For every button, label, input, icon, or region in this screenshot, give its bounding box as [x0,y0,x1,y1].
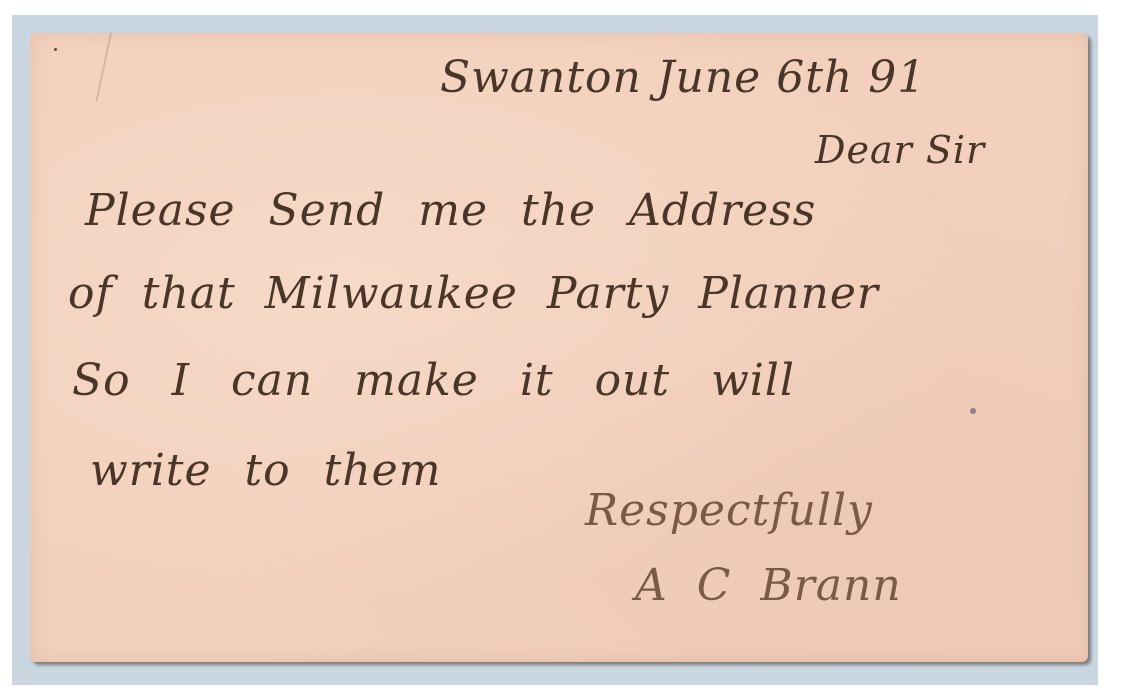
ink-spot [54,48,57,51]
salutation: Dear Sir [815,128,985,172]
body-line-3: So I can make it out will [72,355,795,406]
body-line-1: Please Send me the Address [85,185,816,236]
body-line-4: write to them [90,445,441,496]
signature: A C Brann [635,560,902,611]
place-date: Swanton June 6th 91 [440,52,926,103]
ink-spot [970,408,976,414]
body-line-2: of that Milwaukee Party Planner [68,268,879,319]
closing: Respectfully [585,485,873,536]
